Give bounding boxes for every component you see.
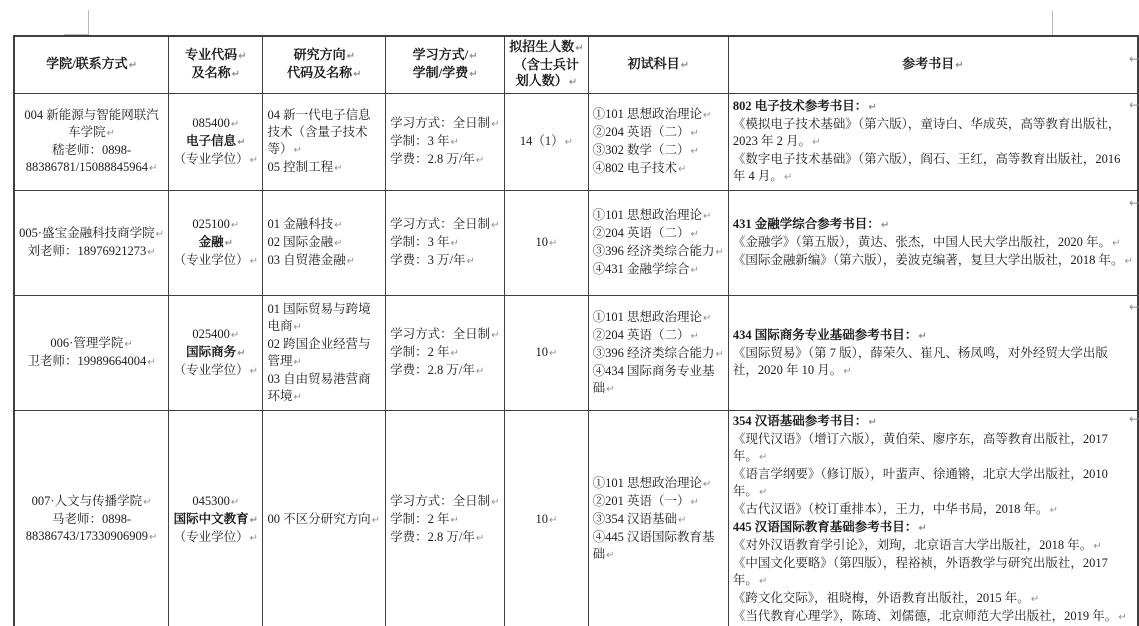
- reference-books-cell[interactable]: 802 电子技术参考书目：↵《模拟电子技术基础》（第六版），童诗白、华成英，高等…: [728, 94, 1138, 191]
- text-line: ③396 经济类综合能力↵: [593, 345, 724, 363]
- paragraph-mark: ↵: [491, 497, 499, 508]
- study-mode-cell[interactable]: 学习方式：全日制↵学制：2 年↵学费：2.8 万/年↵: [386, 296, 505, 411]
- text-line: 88386743/17330906909↵: [19, 528, 164, 546]
- text-line: 025100↵: [173, 216, 258, 234]
- paragraph-mark: ↵: [491, 330, 499, 341]
- paragraph-mark: ↵: [569, 77, 577, 88]
- text-line: 085400↵: [173, 115, 258, 133]
- paragraph-mark: ↵: [759, 452, 767, 463]
- paragraph-mark: ↵: [691, 229, 699, 240]
- text-line: （专业学位）↵: [173, 252, 258, 270]
- text-line: 及名称↵: [173, 65, 258, 83]
- text-line: （专业学位）↵: [173, 362, 258, 380]
- document-canvas: 学院/联系方式↵ 专业代码↵及名称↵ 研究方向↵代码及名称↵ 学习方式/↵学制/…: [0, 0, 1139, 626]
- text-line: （含士兵计: [509, 57, 583, 73]
- text-line: 环境↵: [267, 388, 381, 406]
- study-mode-cell[interactable]: 学习方式：全日制↵学制：2 年↵学费：2.8 万/年↵: [386, 411, 505, 626]
- paragraph-mark: ↵: [678, 164, 686, 175]
- paragraph-mark: ↵: [231, 497, 239, 508]
- text-line: 007·人文与传播学院↵: [19, 493, 164, 511]
- text-line: ②201 英语（一）↵: [593, 493, 724, 511]
- text-line: 03 自由贸易港营商: [267, 371, 381, 388]
- paragraph-mark: ↵: [231, 119, 239, 130]
- table-row: 005·盛宝金融科技商学院↵刘老师：18976921273↵ 025100↵金融…: [14, 191, 1138, 296]
- text-line: 学习方式：全日制↵: [390, 493, 500, 511]
- text-line: 拟招生人数↵: [509, 39, 583, 57]
- paragraph-mark: ↵: [691, 331, 699, 342]
- study-mode-cell[interactable]: 学习方式：全日制↵学制：3 年↵学费：2.8 万/年↵: [386, 94, 505, 191]
- text-line: 《国际贸易》（第 7 版），薛荣久、崔凡、杨凤鸣，对外经贸大学出版: [733, 345, 1133, 362]
- text-line: 005·盛宝金融科技商学院↵: [19, 225, 164, 243]
- header-study-mode-tuition[interactable]: 学习方式/↵学制/学费↵: [386, 36, 505, 94]
- text-line: 学制：2 年↵: [390, 511, 500, 529]
- table-row: 004 新能源与智能网联汽车学院↵嵇老师：0898-88386781/15088…: [14, 94, 1138, 191]
- text-line: 社，2020 年 10 月。↵: [733, 362, 1133, 380]
- paragraph-mark: ↵: [1125, 256, 1133, 267]
- text-line: 05 控制工程↵: [267, 159, 381, 177]
- text-boundary-mark-right: [1052, 11, 1079, 36]
- text-line: 年 4 月。↵: [733, 168, 1133, 186]
- paragraph-mark: ↵: [691, 128, 699, 139]
- paragraph-mark: ↵: [918, 331, 926, 342]
- text-line: ④802 电子技术↵: [593, 160, 724, 178]
- text-line: 等）↵: [267, 141, 381, 159]
- exam-subjects-cell[interactable]: ①101 思想政治理论↵②204 英语（二）↵③396 经济类综合能力↵④431…: [588, 191, 728, 296]
- paragraph-mark: ↵: [237, 137, 245, 148]
- paragraph-mark: ↵: [549, 348, 557, 359]
- paragraph-mark: ↵: [716, 349, 724, 360]
- paragraph-mark: ↵: [451, 137, 459, 148]
- text-line: ④445 汉语国际教育基: [593, 529, 724, 546]
- paragraph-mark: ↵: [703, 313, 711, 324]
- header-row: 学院/联系方式↵ 专业代码↵及名称↵ 研究方向↵代码及名称↵ 学习方式/↵学制/…: [14, 36, 1138, 94]
- text-line: 嵇老师：0898-: [19, 142, 164, 159]
- reference-books-cell[interactable]: 354 汉语基础参考书目：↵《现代汉语》（增订六版），黄伯荣、廖序东，高等教育出…: [728, 411, 1138, 626]
- exam-subjects-cell[interactable]: ①101 思想政治理论↵②204 英语（二）↵③302 数学（二）↵④802 电…: [588, 94, 728, 191]
- paragraph-mark: ↵: [334, 238, 342, 249]
- college-contact-cell[interactable]: 007·人文与传播学院↵马老师：0898-88386743/1733090690…: [14, 411, 169, 626]
- text-line: ②204 英语（二）↵: [593, 124, 724, 142]
- text-line: 学制：2 年↵: [390, 344, 500, 362]
- paragraph-mark: ↵: [293, 145, 301, 156]
- table-row: 007·人文与传播学院↵马老师：0898-88386743/1733090690…: [14, 411, 1138, 626]
- text-line: 《数字电子技术基础》（第六版），阎石、王红，高等教育出版社，2016: [733, 151, 1133, 168]
- paragraph-mark: ↵: [237, 348, 245, 359]
- major-cell[interactable]: 085400↵电子信息↵（专业学位）↵: [169, 94, 263, 191]
- text-line: 《当代教育心理学》，陈琦、刘儒德，北京师范大学出版社，2019 年。↵: [733, 608, 1133, 626]
- paragraph-mark: ↵: [476, 155, 484, 166]
- text-line: 学习方式/↵: [390, 47, 500, 65]
- paragraph-mark: ↵: [250, 515, 258, 526]
- paragraph-mark: ↵: [232, 69, 240, 80]
- paragraph-mark: ↵: [703, 211, 711, 222]
- paragraph-mark: ↵: [124, 339, 132, 350]
- paragraph-mark: ↵: [678, 515, 686, 526]
- reference-books-cell[interactable]: 431 金融学综合参考书目：↵《金融学》（第五版），黄达、张杰，中国人民大学出版…: [728, 191, 1138, 296]
- paragraph-mark: ↵: [606, 550, 614, 561]
- text-line: 技术（含量子技术: [267, 124, 381, 141]
- admissions-table: 学院/联系方式↵ 专业代码↵及名称↵ 研究方向↵代码及名称↵ 学习方式/↵学制/…: [13, 35, 1139, 626]
- paragraph-mark: ↵: [107, 128, 115, 139]
- paragraph-mark: ↵: [238, 51, 246, 62]
- text-line: ③302 数学（二）↵: [593, 142, 724, 160]
- text-line: 础↵: [593, 546, 724, 564]
- text-line: （专业学位）↵: [173, 529, 258, 547]
- paragraph-mark: ↵: [549, 515, 557, 526]
- header-initial-exam-subjects[interactable]: 初试科目↵: [588, 36, 728, 94]
- text-line: 电商↵: [267, 318, 381, 336]
- text-line: 01 金融科技↵: [267, 216, 381, 234]
- text-line: 研究方向↵: [267, 47, 381, 65]
- paragraph-mark: ↵: [703, 479, 711, 490]
- paragraph-mark: ↵: [881, 220, 889, 231]
- text-line: 《国际金融新编》（第六版），姜波克编著，复旦大学出版社，2018 年。↵: [733, 252, 1133, 270]
- text-line: ①101 思想政治理论↵: [593, 475, 724, 493]
- header-reference-books[interactable]: 参考书目↵: [728, 36, 1138, 94]
- paragraph-mark: ↵: [225, 238, 233, 249]
- text-line: 学费：2.8 万/年↵: [390, 362, 500, 380]
- paragraph-mark: ↵: [293, 357, 301, 368]
- paragraph-mark: ↵: [250, 155, 258, 166]
- paragraph-mark: ↵: [565, 137, 573, 148]
- directions-cell[interactable]: 04 新一代电子信息技术（含量子技术等）↵05 控制工程↵: [263, 94, 386, 191]
- quota-cell[interactable]: 10↵: [505, 191, 588, 296]
- text-line: 管理↵: [267, 353, 381, 371]
- text-line: 02 国际金融↵: [267, 234, 381, 252]
- text-line: 学习方式：全日制↵: [390, 216, 500, 234]
- paragraph-mark: ↵: [149, 163, 157, 174]
- text-line: 802 电子技术参考书目：↵: [733, 98, 1133, 116]
- paragraph-mark: ↵: [476, 366, 484, 377]
- paragraph-mark: ↵: [250, 256, 258, 267]
- text-line: 学费：3 万/年↵: [390, 252, 500, 270]
- college-contact-cell[interactable]: 005·盛宝金融科技商学院↵刘老师：18976921273↵: [14, 191, 169, 296]
- text-line: 卫老师：19989664004↵: [19, 353, 164, 371]
- paragraph-mark: ↵: [147, 357, 155, 368]
- paragraph-mark: ↵: [918, 523, 926, 534]
- paragraph-mark: ↵: [1093, 541, 1101, 552]
- paragraph-mark: ↵: [231, 220, 239, 231]
- text-line: 学制：3 年↵: [390, 133, 500, 151]
- quota-cell[interactable]: 10↵: [505, 296, 588, 411]
- paragraph-mark: ↵: [868, 102, 876, 113]
- paragraph-mark: ↵: [347, 256, 355, 267]
- paragraph-mark: ↵: [347, 51, 355, 62]
- paragraph-mark: ↵: [143, 497, 151, 508]
- text-line: 专业代码↵: [173, 47, 258, 65]
- paragraph-mark: ↵: [691, 265, 699, 276]
- text-line: 04 新一代电子信息: [267, 107, 381, 124]
- paragraph-mark: ↵: [293, 322, 301, 333]
- text-line: 础↵: [593, 380, 724, 398]
- text-line: （专业学位）↵: [173, 151, 258, 169]
- text-line: 金融↵: [173, 234, 258, 252]
- text-line: 《语言学纲要》（修订版），叶蜚声、徐通锵，北京大学出版社，2010: [733, 466, 1133, 483]
- text-line: 初试科目↵: [593, 56, 724, 74]
- text-line: 划人数）↵: [509, 73, 583, 91]
- paragraph-mark: ↵: [147, 247, 155, 258]
- text-line: 88386781/15088845964↵: [19, 159, 164, 177]
- paragraph-mark: ↵: [759, 487, 767, 498]
- paragraph-mark: ↵: [575, 43, 583, 54]
- paragraph-mark: ↵: [491, 220, 499, 231]
- quota-cell[interactable]: 14（1）↵: [505, 94, 588, 191]
- text-line: 国际中文教育↵: [173, 511, 258, 529]
- text-line: 10↵: [509, 344, 583, 362]
- paragraph-mark: ↵: [353, 69, 361, 80]
- text-line: 10↵: [509, 234, 583, 252]
- text-line: ④431 金融学综合↵: [593, 261, 724, 279]
- text-line: 14（1）↵: [509, 133, 583, 151]
- header-enrollment-quota[interactable]: 拟招生人数↵（含士兵计划人数）↵: [505, 36, 588, 94]
- major-cell[interactable]: 025100↵金融↵（专业学位）↵: [169, 191, 263, 296]
- header-major-code-name[interactable]: 专业代码↵及名称↵: [169, 36, 263, 94]
- paragraph-mark: ↵: [466, 256, 474, 267]
- text-boundary-mark-left: [64, 10, 89, 35]
- paragraph-mark: ↵: [156, 229, 164, 240]
- text-line: 《古代汉语》（校订重排本），王力，中华书局，2018 年。↵: [733, 501, 1133, 519]
- reference-books-cell[interactable]: 434 国际商务专业基础参考书目：↵《国际贸易》（第 7 版），薛荣久、崔凡、杨…: [728, 296, 1138, 411]
- text-line: 学制/学费↵: [390, 65, 500, 83]
- text-line: 学习方式：全日制↵: [390, 115, 500, 133]
- text-line: 电子信息↵: [173, 133, 258, 151]
- paragraph-mark: ↵: [784, 172, 792, 183]
- paragraph-mark: ↵: [469, 69, 477, 80]
- text-line: 445 汉语国际教育基础参考书目：↵: [733, 519, 1133, 537]
- paragraph-mark: ↵: [250, 533, 258, 544]
- paragraph-mark: ↵: [231, 330, 239, 341]
- paragraph-mark: ↵: [250, 366, 258, 377]
- paragraph-mark: ↵: [451, 238, 459, 249]
- text-line: 参考书目↵: [733, 56, 1133, 74]
- text-line: 431 金融学综合参考书目：↵: [733, 216, 1133, 234]
- exam-subjects-cell[interactable]: ①101 思想政治理论↵②204 英语（二）↵③396 经济类综合能力↵④434…: [588, 296, 728, 411]
- text-line: ①101 思想政治理论↵: [593, 207, 724, 225]
- text-line: 刘老师：18976921273↵: [19, 243, 164, 261]
- paragraph-mark: ↵: [129, 60, 137, 71]
- paragraph-mark: ↵: [691, 146, 699, 157]
- text-line: 《中国文化要略》（第四版），程裕祯，外语教学与研究出版社，2017: [733, 555, 1133, 572]
- text-line: 00 不区分研究方向↵: [267, 511, 381, 529]
- paragraph-mark: ↵: [451, 515, 459, 526]
- text-line: 10↵: [509, 511, 583, 529]
- text-line: ④434 国际商务专业基: [593, 363, 724, 380]
- study-mode-cell[interactable]: 学习方式：全日制↵学制：3 年↵学费：3 万/年↵: [386, 191, 505, 296]
- text-line: ②204 英语（二）↵: [593, 327, 724, 345]
- paragraph-mark: ↵: [759, 576, 767, 587]
- paragraph-mark: ↵: [549, 238, 557, 249]
- paragraph-mark: ↵: [681, 60, 689, 71]
- major-cell[interactable]: 025400↵国际商务↵（专业学位）↵: [169, 296, 263, 411]
- college-contact-cell[interactable]: 004 新能源与智能网联汽车学院↵嵇老师：0898-88386781/15088…: [14, 94, 169, 191]
- paragraph-mark: ↵: [372, 515, 380, 526]
- paragraph-mark: ↵: [469, 51, 477, 62]
- text-line: ①101 思想政治理论↵: [593, 106, 724, 124]
- paragraph-mark: ↵: [334, 220, 342, 231]
- paragraph-mark: ↵: [606, 384, 614, 395]
- text-line: 006·管理学院↵: [19, 335, 164, 353]
- paragraph-mark: ↵: [149, 532, 157, 543]
- paragraph-mark: ↵: [703, 110, 711, 121]
- text-line: 学院/联系方式↵: [19, 56, 164, 74]
- text-line: 马老师：0898-: [19, 511, 164, 528]
- paragraph-mark: ↵: [476, 533, 484, 544]
- header-research-direction[interactable]: 研究方向↵代码及名称↵: [263, 36, 386, 94]
- text-line: 年。↵: [733, 483, 1133, 501]
- directions-cell[interactable]: 01 国际贸易与跨境电商↵02 跨国企业经营与管理↵03 自由贸易港营商环境↵: [263, 296, 386, 411]
- text-line: ③396 经济类综合能力↵: [593, 243, 724, 261]
- text-line: 《模拟电子技术基础》（第六版），童诗白、华成英，高等教育出版社，: [733, 116, 1133, 133]
- text-line: 004 新能源与智能网联汽: [19, 107, 164, 124]
- text-line: 《对外汉语教育学引论》，刘珣，北京语言大学出版社，2018 年。↵: [733, 537, 1133, 555]
- major-cell[interactable]: 045300↵国际中文教育↵（专业学位）↵: [169, 411, 263, 626]
- text-line: 学制：3 年↵: [390, 234, 500, 252]
- paragraph-mark: ↵: [1031, 594, 1039, 605]
- text-line: 《跨文化交际》，祖晓梅，外语教育出版社，2015 年。↵: [733, 590, 1133, 608]
- text-line: 学费：2.8 万/年↵: [390, 529, 500, 547]
- text-line: 年。↵: [733, 572, 1133, 590]
- text-line: 01 国际贸易与跨境: [267, 301, 381, 318]
- text-line: 《金融学》（第五版），黄达、张杰，中国人民大学出版社，2020 年。↵: [733, 234, 1133, 252]
- paragraph-mark: ↵: [1118, 612, 1126, 623]
- text-line: 045300↵: [173, 493, 258, 511]
- paragraph-mark: ↵: [691, 497, 699, 508]
- paragraph-mark: ↵: [491, 119, 499, 130]
- college-contact-cell[interactable]: 006·管理学院↵卫老师：19989664004↵: [14, 296, 169, 411]
- text-line: ①101 思想政治理论↵: [593, 309, 724, 327]
- text-line: 354 汉语基础参考书目：↵: [733, 413, 1133, 431]
- text-line: ②204 英语（二）↵: [593, 225, 724, 243]
- header-college-contact[interactable]: 学院/联系方式↵: [14, 36, 169, 94]
- text-line: 03 自贸港金融↵: [267, 252, 381, 270]
- text-line: 025400↵: [173, 326, 258, 344]
- paragraph-mark: ↵: [1112, 238, 1120, 249]
- text-line: ③354 汉语基础↵: [593, 511, 724, 529]
- exam-subjects-cell[interactable]: ①101 思想政治理论↵②201 英语（一）↵③354 汉语基础↵④445 汉语…: [588, 411, 728, 626]
- paragraph-mark: ↵: [334, 163, 342, 174]
- paragraph-mark: ↵: [716, 247, 724, 258]
- text-line: 代码及名称↵: [267, 65, 381, 83]
- text-line: 年。↵: [733, 448, 1133, 466]
- paragraph-mark: ↵: [812, 137, 820, 148]
- table-row: 006·管理学院↵卫老师：19989664004↵ 025400↵国际商务↵（专…: [14, 296, 1138, 411]
- quota-cell[interactable]: 10↵: [505, 411, 588, 626]
- text-line: 学费：2.8 万/年↵: [390, 151, 500, 169]
- text-line: 车学院↵: [19, 124, 164, 142]
- text-line: 《现代汉语》（增订六版），黄伯荣、廖序东，高等教育出版社，2017: [733, 431, 1133, 448]
- text-line: 02 跨国企业经营与: [267, 336, 381, 353]
- text-line: 434 国际商务专业基础参考书目：↵: [733, 327, 1133, 345]
- paragraph-mark: ↵: [955, 60, 963, 71]
- directions-cell[interactable]: 01 金融科技↵02 国际金融↵03 自贸港金融↵: [263, 191, 386, 296]
- paragraph-mark: ↵: [293, 392, 301, 403]
- text-line: 国际商务↵: [173, 344, 258, 362]
- paragraph-mark: ↵: [451, 348, 459, 359]
- text-line: 2023 年 2 月。↵: [733, 133, 1133, 151]
- directions-cell[interactable]: 00 不区分研究方向↵: [263, 411, 386, 626]
- paragraph-mark: ↵: [1050, 505, 1058, 516]
- text-line: 学习方式：全日制↵: [390, 326, 500, 344]
- paragraph-mark: ↵: [868, 417, 876, 428]
- paragraph-mark: ↵: [843, 366, 851, 377]
